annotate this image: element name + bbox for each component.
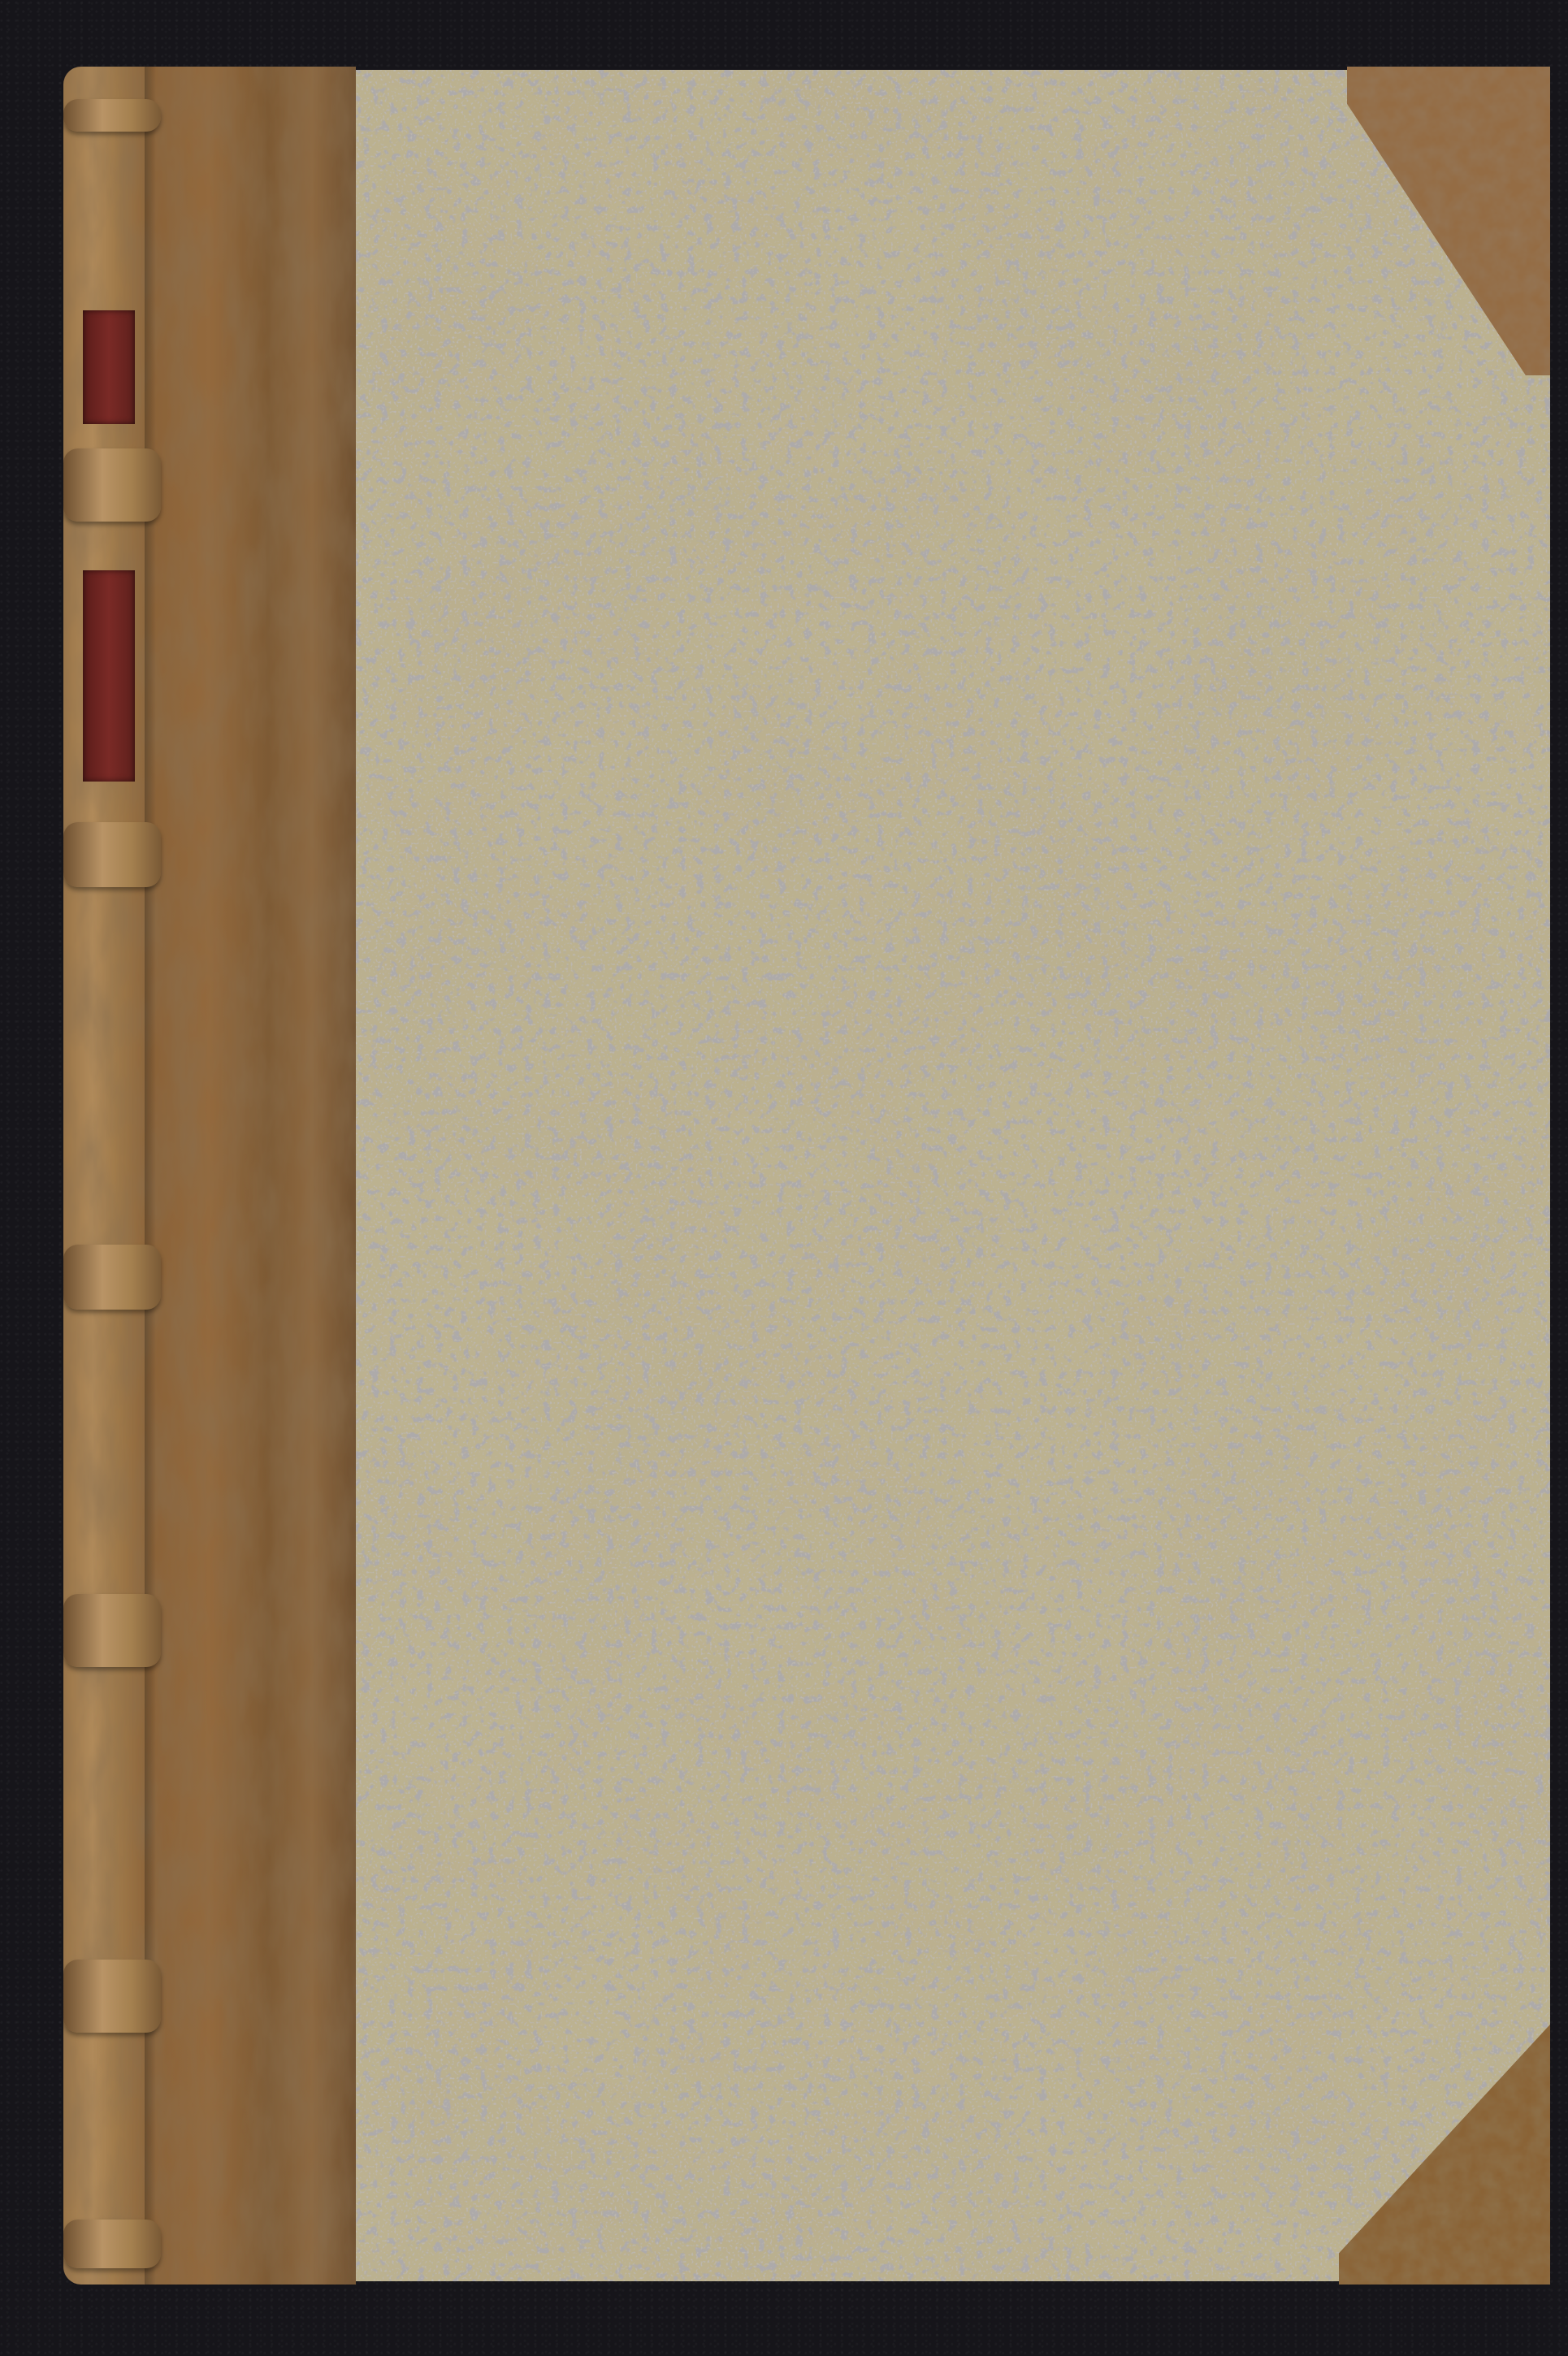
speckle-texture bbox=[353, 70, 1550, 2281]
spine-raised-band-1 bbox=[63, 448, 161, 522]
spine-headcap bbox=[63, 99, 161, 132]
leather-spine bbox=[63, 67, 356, 2285]
book-cover bbox=[63, 67, 1510, 2285]
spine-raised-band-2 bbox=[63, 822, 161, 887]
spine-volume-label bbox=[83, 570, 135, 782]
spine-tailcap bbox=[63, 2220, 161, 2268]
marbled-paper-board bbox=[353, 70, 1550, 2281]
spine-raised-band-3 bbox=[63, 1245, 161, 1310]
spine-raised-band-4 bbox=[63, 1594, 161, 1667]
spine-title-label bbox=[83, 310, 135, 424]
spine-hinge-groove bbox=[145, 67, 156, 2285]
spine-raised-band-5 bbox=[63, 1960, 161, 2033]
